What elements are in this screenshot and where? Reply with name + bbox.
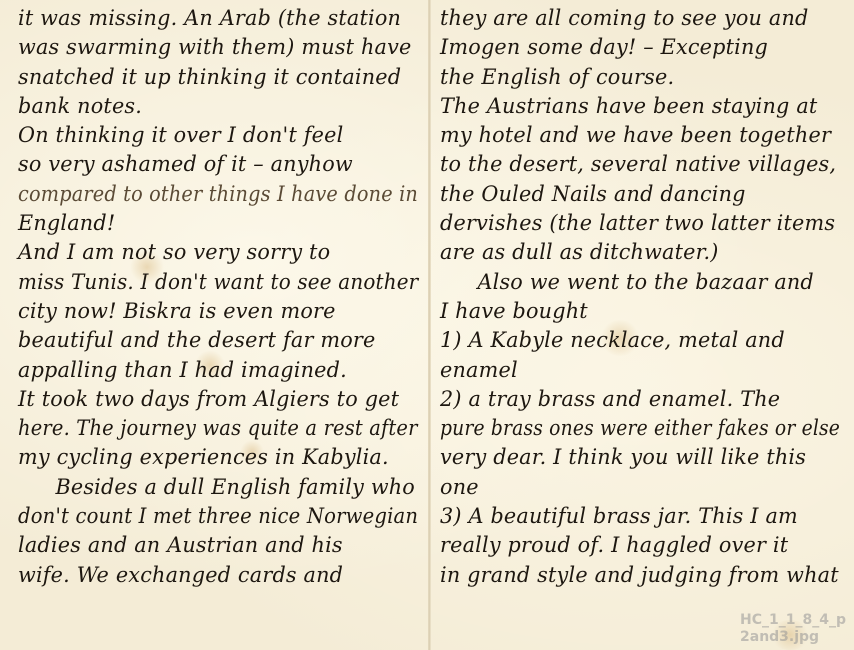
text-line: Imogen some day! – Excepting (440, 33, 840, 62)
text-line: It took two days from Algiers to get (18, 385, 418, 414)
text-line: And I am not so very sorry to (18, 238, 418, 267)
text-line: On thinking it over I don't feel (18, 121, 418, 150)
text-line: they are all coming to see you and (440, 4, 840, 33)
text-line: it was missing. An Arab (the station (18, 4, 418, 33)
text-line: pure brass ones were either fakes or els… (440, 414, 801, 443)
text-line: dervishes (the latter two latter items (440, 209, 840, 238)
text-line: the Ouled Nails and dancing (440, 180, 840, 209)
filename-watermark: HC_1_1_8_4_p2and3.jpg (740, 612, 850, 646)
text-line: beautiful and the desert far more (18, 326, 418, 355)
text-line: here. The journey was quite a rest after (18, 414, 393, 443)
text-line: enamel (440, 356, 840, 385)
text-line: so very ashamed of it – anyhow (18, 150, 418, 179)
text-line: snatched it up thinking it contained (18, 63, 418, 92)
text-line: my hotel and we have been together (440, 121, 840, 150)
text-line: are as dull as ditchwater.) (440, 238, 840, 267)
text-line: to the desert, several native villages, (440, 150, 840, 179)
text-line: bank notes. (18, 92, 418, 121)
text-line: in grand style and judging from what (440, 561, 840, 590)
text-line: miss Tunis. I don't want to see another (18, 268, 402, 297)
letter-scan: it was missing. An Arab (the station was… (0, 0, 854, 650)
text-line: very dear. I think you will like this (440, 443, 840, 472)
page-fold (428, 0, 431, 650)
text-line: one (440, 473, 840, 502)
text-line: I have bought (440, 297, 840, 326)
text-line: Besides a dull English family who (18, 473, 417, 502)
text-line: wife. We exchanged cards and (18, 561, 418, 590)
text-line: England! (18, 209, 418, 238)
text-line: appalling than I had imagined. (18, 356, 418, 385)
text-line: my cycling experiences in Kabylia. (18, 443, 418, 472)
text-line: city now! Biskra is even more (18, 297, 418, 326)
right-page: they are all coming to see you and Imoge… (440, 4, 845, 590)
text-line: ladies and an Austrian and his (18, 531, 418, 560)
text-line: The Austrians have been staying at (440, 92, 840, 121)
text-line: compared to other things I have done in (18, 180, 389, 209)
list-item: 3) A beautiful brass jar. This I am (440, 502, 840, 531)
text-line: was swarming with them) must have (18, 33, 418, 62)
text-line: the English of course. (440, 63, 840, 92)
text-line: Also we went to the bazaar and (440, 268, 839, 297)
text-line: don't count I met three nice Norwegian (18, 502, 395, 531)
left-page: it was missing. An Arab (the station was… (18, 4, 423, 590)
list-item: 1) A Kabyle necklace, metal and (440, 326, 840, 355)
list-item: 2) a tray brass and enamel. The (440, 385, 840, 414)
text-line: really proud of. I haggled over it (440, 531, 840, 560)
